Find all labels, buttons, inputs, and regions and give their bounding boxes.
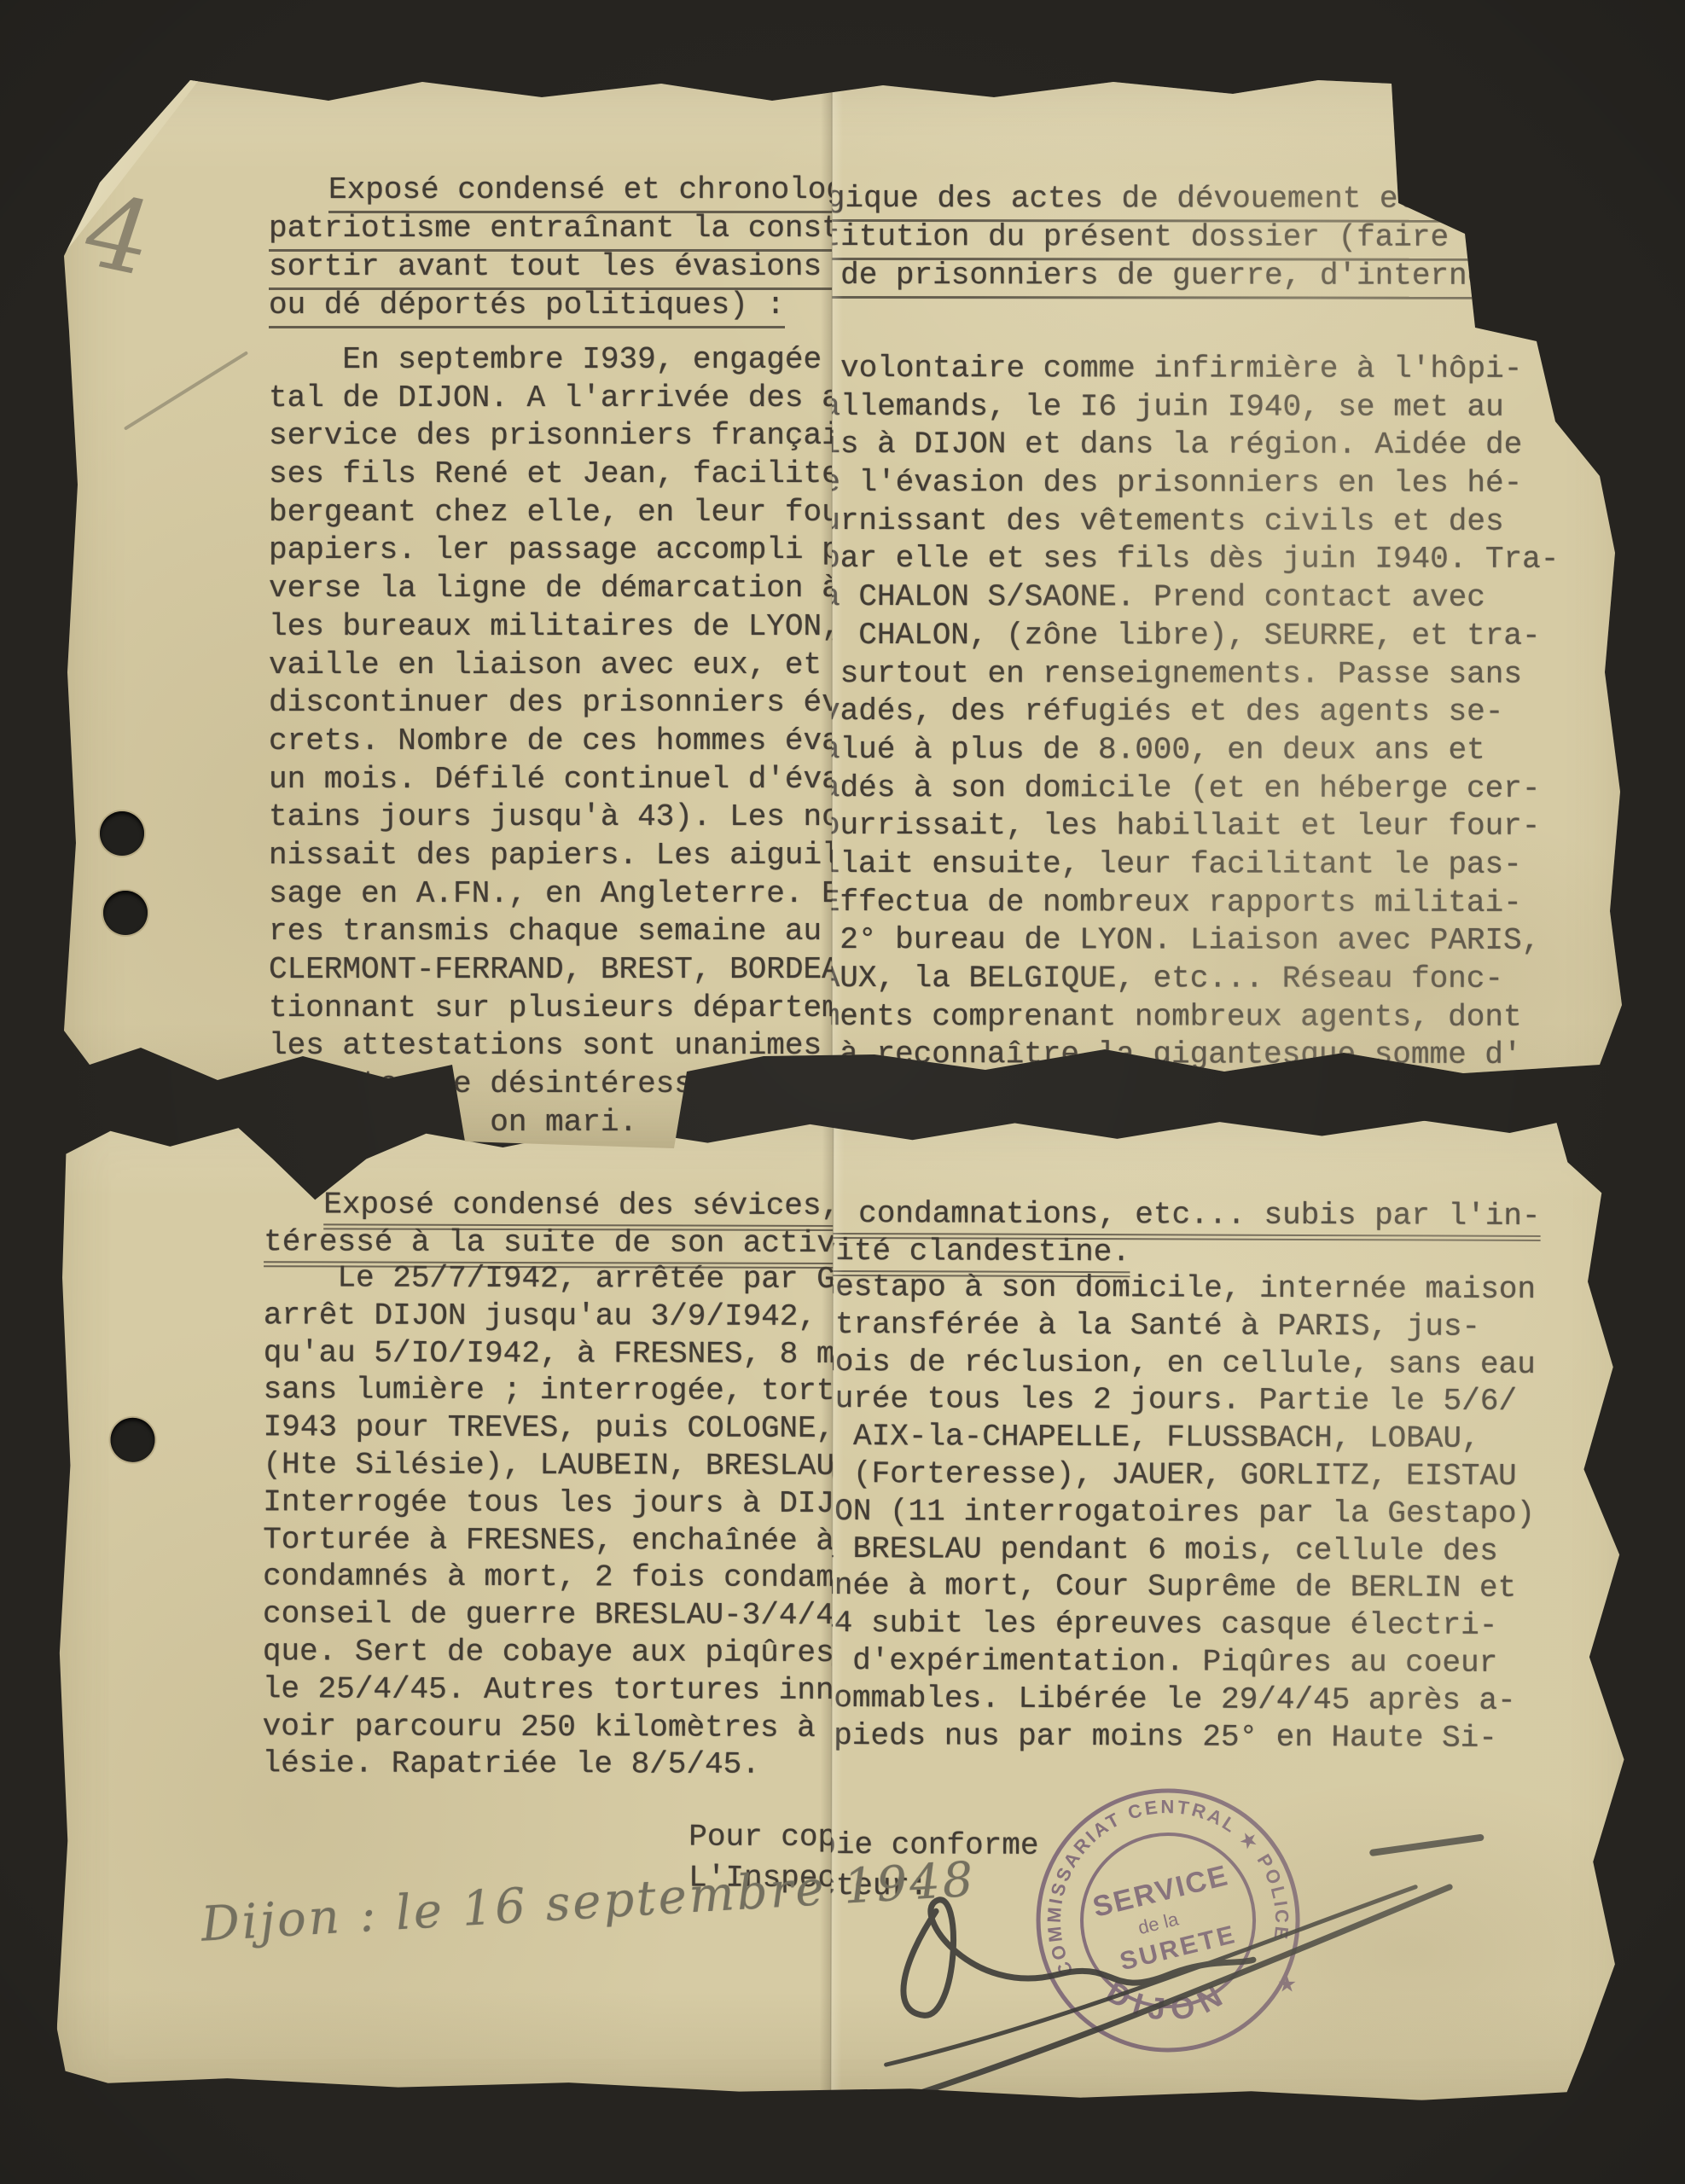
signature-slash <box>886 1885 1416 2066</box>
typed-line: efforts, de désintéressement, le patriot… <box>269 1066 1559 1104</box>
punch-hole <box>110 1418 154 1462</box>
signature-dash <box>1373 1838 1480 1853</box>
page-1: Exposé condensé et chronologique des act… <box>64 75 1627 1152</box>
scanned-document-photo: Exposé condensé et chronologique des act… <box>0 0 1685 2184</box>
page-2: Exposé condensé des sévices, condamnatio… <box>56 1107 1633 2114</box>
inspector-signature <box>807 1783 1542 2152</box>
punch-hole <box>103 891 148 935</box>
signature-loop <box>904 1900 1253 2017</box>
punch-hole <box>100 811 144 856</box>
